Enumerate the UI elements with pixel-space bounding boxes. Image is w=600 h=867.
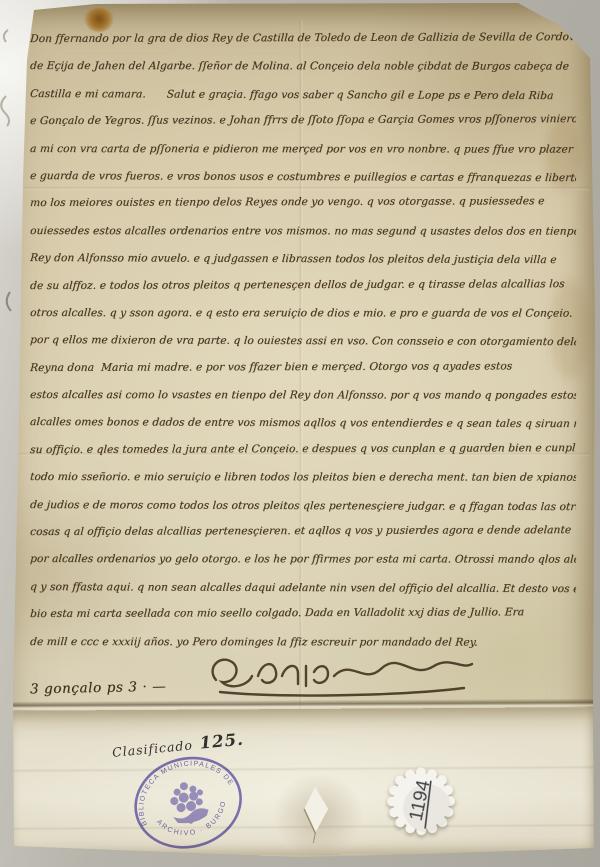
edge-thread-strokes bbox=[1, 30, 11, 311]
manuscript-text-block: Don ffernando por la gra de dios Rey de … bbox=[30, 26, 576, 656]
plica-wrinkle bbox=[8, 765, 594, 773]
manuscript-line: cosas q al offiçio delas alcallias perte… bbox=[29, 517, 577, 546]
manuscript-line: otros alcalles. q y sson agora. e q esto… bbox=[29, 300, 577, 328]
scribe-rubric-signature bbox=[200, 646, 480, 704]
manuscript-line: Rey don Alfonsso mio avuelo. e q judgass… bbox=[29, 245, 577, 274]
stamp-coat-of-arms bbox=[165, 778, 210, 828]
manuscript-line: de su alffoz. e todos los otros pleitos … bbox=[29, 271, 577, 300]
parchment-sheet: Don ffernando por la gra de dios Rey de … bbox=[0, 0, 600, 867]
manuscript-line: todo mio sseñorio. e mio seruiçio e libr… bbox=[29, 464, 577, 492]
manuscript-line: mo los meiores ouistes en tienpo delos R… bbox=[29, 188, 577, 217]
docket-note: 3 gonçalo ps 3 · — bbox=[30, 679, 167, 698]
manuscript-line: por q ellos me dixieron de vra parte. q … bbox=[29, 327, 577, 356]
seal-slit-hole bbox=[301, 785, 333, 847]
manuscript-line: a mi con vra carta de pſſoneria e pidier… bbox=[29, 136, 577, 164]
archive-sticker: 1194 bbox=[380, 760, 462, 842]
seal-slit-area bbox=[301, 785, 333, 847]
parchment-edge-threads bbox=[0, 0, 30, 867]
slit-crack bbox=[313, 833, 315, 843]
manuscript-line: por alcalles ordenarios yo gelo otorgo. … bbox=[29, 546, 577, 574]
slit-diamond bbox=[304, 787, 328, 833]
photo-of-parchment-charter: { "photo": { "background_color": "#b4b1a… bbox=[0, 0, 600, 867]
manuscript-line: estos alcalles asi como lo vsastes en ti… bbox=[29, 382, 577, 410]
manuscript-line: de Eçija de Jahen del Algarbe. ſſeñor de… bbox=[29, 53, 577, 81]
manuscript-line: e Gonçalo de Yegros. ſſus vezinos. e Joh… bbox=[29, 106, 577, 135]
manuscript-line: Don ffernando por la gra de dios Rey de … bbox=[29, 24, 577, 53]
manuscript-line: ouiessedes estos alcalles ordenarios ent… bbox=[29, 218, 577, 246]
manuscript-line: su offiçio. e qles tomedes la jura ante … bbox=[29, 435, 577, 464]
signature-flourish-strokes bbox=[213, 660, 472, 696]
manuscript-line: bio esta mi carta seellada con mio seell… bbox=[29, 599, 577, 628]
manuscript-line: Reyna dona Maria mi madre. e por vos ffa… bbox=[29, 353, 577, 382]
plica-fold-strip: Clasificado125. BIBLIOTECA MUNICIPALES D… bbox=[8, 707, 595, 857]
